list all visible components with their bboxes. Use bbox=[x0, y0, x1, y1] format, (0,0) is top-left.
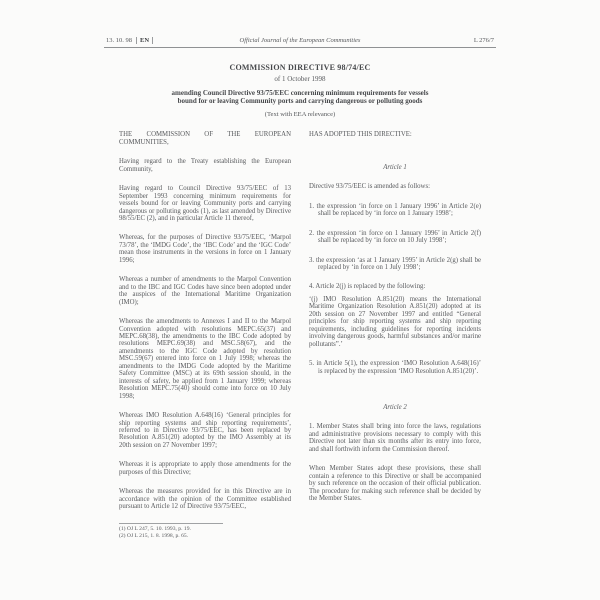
amendment-item-2: 2. the expression ‘in force on 1 January… bbox=[309, 230, 481, 245]
directive-subject: amending Council Directive 93/75/EEC con… bbox=[167, 89, 433, 105]
eea-relevance-note: (Text with EEA relevance) bbox=[104, 111, 496, 118]
amendment-item-3: 3. the expression ‘as at 1 January 1995’… bbox=[309, 257, 481, 272]
header-date: 13. 10. 98 bbox=[106, 37, 132, 44]
recital-committee-opinion: Whereas the measures provided for in thi… bbox=[119, 488, 291, 510]
page-sheet: 13. 10. 98EN Official Journal of the Eur… bbox=[104, 36, 496, 541]
article-2-paragraph-1: 1. Member States shall bring into force … bbox=[309, 423, 481, 453]
title-block: COMMISSION DIRECTIVE 98/74/EC of 1 Octob… bbox=[104, 63, 496, 118]
directive-number-title: COMMISSION DIRECTIVE 98/74/EC bbox=[104, 63, 496, 72]
right-column: HAS ADOPTED THIS DIRECTIVE: Article 1 Di… bbox=[309, 131, 481, 540]
header-left-group: 13. 10. 98EN bbox=[106, 36, 153, 45]
footnote-1: (1) OJ L 247, 5. 10. 1993, p. 19. bbox=[119, 526, 223, 533]
left-column: THE COMMISSION OF THE EUROPEAN COMMUNITI… bbox=[119, 131, 291, 540]
page-header: 13. 10. 98EN Official Journal of the Eur… bbox=[104, 36, 496, 48]
recital-resolutions-detail: Whereas the amendments to Annexes I and … bbox=[119, 318, 291, 400]
article-2-heading: Article 2 bbox=[309, 404, 481, 411]
article-1-heading: Article 1 bbox=[309, 164, 481, 171]
having-regard-treaty: Having regard to the Treaty establishing… bbox=[119, 158, 291, 173]
commission-opening: THE COMMISSION OF THE EUROPEAN COMMUNITI… bbox=[119, 131, 291, 146]
having-regard-directive: Having regard to Council Directive 93/75… bbox=[119, 185, 291, 222]
recital-apply-amendments: Whereas it is appropriate to apply those… bbox=[119, 461, 291, 476]
footnote-2: (2) OJ L 215, 1. 8. 1998, p. 65. bbox=[119, 533, 223, 540]
amendment-item-4-intro: 4. Article 2(j) is replaced by the follo… bbox=[309, 283, 481, 290]
footnotes-block: (1) OJ L 247, 5. 10. 1993, p. 19. (2) OJ… bbox=[119, 523, 223, 540]
header-page-reference: L 276/7 bbox=[474, 36, 494, 45]
has-adopted-clause: HAS ADOPTED THIS DIRECTIVE: bbox=[309, 131, 481, 138]
amendment-item-1: 1. the expression ‘in force on 1 January… bbox=[309, 203, 481, 218]
article-2-paragraph-2: When Member States adopt these provision… bbox=[309, 465, 481, 502]
recital-amendments-adopted: Whereas a number of amendments to the Ma… bbox=[119, 276, 291, 306]
recital-imo-resolution: Whereas IMO Resolution A.648(16) ‘Genera… bbox=[119, 412, 291, 449]
amendment-item-4-quotation: ‘(j) IMO Resolution A.851(20) means the … bbox=[309, 296, 481, 348]
two-column-body: THE COMMISSION OF THE EUROPEAN COMMUNITI… bbox=[104, 131, 496, 540]
header-journal-title: Official Journal of the European Communi… bbox=[240, 36, 361, 45]
directive-date: of 1 October 1998 bbox=[104, 75, 496, 83]
header-language-code: EN bbox=[136, 37, 153, 44]
amendment-item-5: 5. in Article 5(1), the expression ‘IMO … bbox=[309, 360, 481, 375]
recital-instruments: Whereas, for the purposes of Directive 9… bbox=[119, 234, 291, 264]
article-1-intro: Directive 93/75/EEC is amended as follow… bbox=[309, 183, 481, 190]
